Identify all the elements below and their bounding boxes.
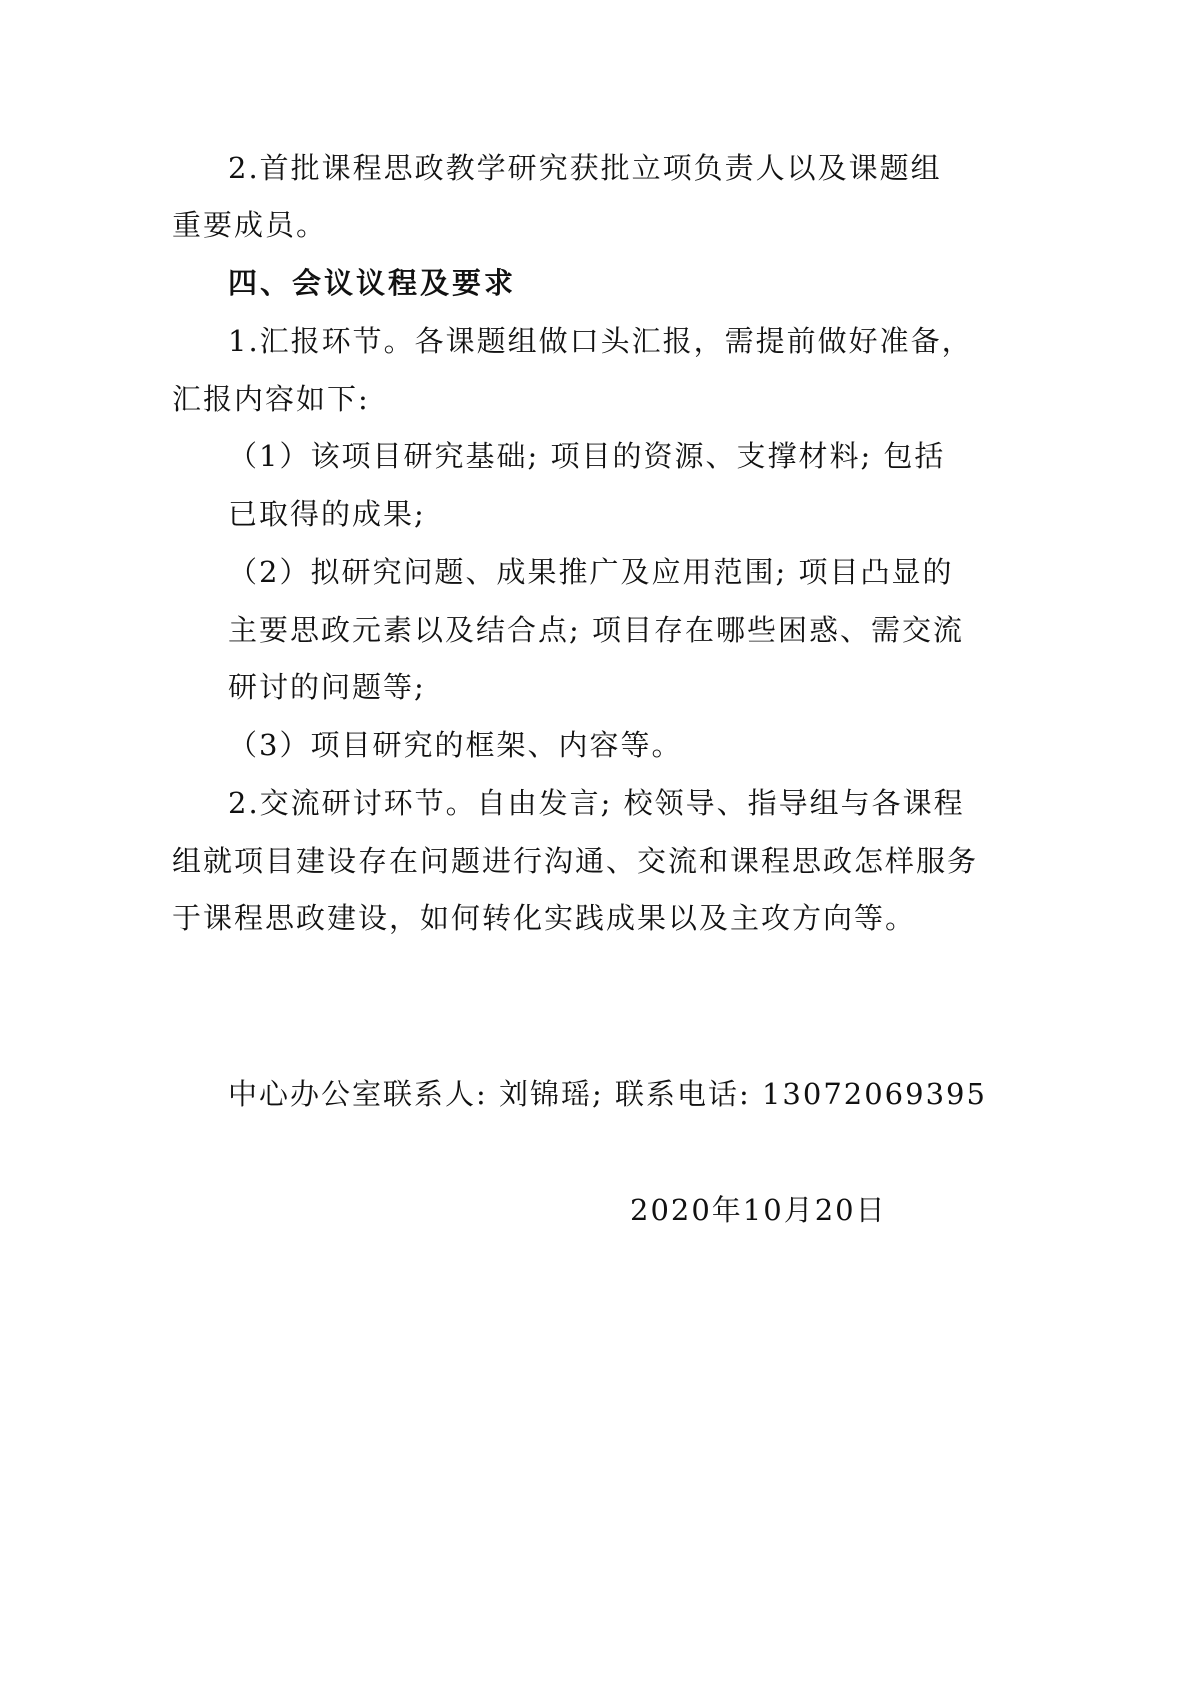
document-date: 2020年10月20日	[630, 1192, 887, 1228]
agenda1-line1: 1.汇报环节。各课题组做口头汇报，需提前做好准备，	[228, 323, 973, 359]
sub2-line1: （2）拟研究问题、成果推广及应用范围; 项目凸显的	[228, 554, 953, 590]
sub1-line1: （1）该项目研究基础; 项目的资源、支撑材料; 包括	[228, 438, 945, 474]
contact-info: 中心办公室联系人: 刘锦瑶; 联系电话: 13072069395	[228, 1076, 987, 1112]
agenda2-line1: 2.交流研讨环节。自由发言; 校领导、指导组与各课程	[228, 785, 965, 821]
item2-line1: 2.首批课程思政教学研究获批立项负责人以及课题组	[228, 150, 942, 186]
agenda2-line3: 于课程思政建设，如何转化实践成果以及主攻方向等。	[172, 900, 916, 936]
item2-line2: 重要成员。	[172, 207, 327, 243]
sub2-line3: 研讨的问题等;	[228, 669, 426, 705]
sub1-line2: 已取得的成果;	[228, 496, 426, 532]
agenda2-line2: 组就项目建设存在问题进行沟通、交流和课程思政怎样服务	[172, 843, 978, 879]
section4-heading: 四、会议议程及要求	[228, 265, 516, 301]
sub3-line1: （3）项目研究的框架、内容等。	[228, 727, 682, 763]
sub2-line2: 主要思政元素以及结合点; 项目存在哪些困惑、需交流	[228, 612, 964, 648]
document-page: 2.首批课程思政教学研究获批立项负责人以及课题组 重要成员。 四、会议议程及要求…	[0, 0, 1191, 1684]
agenda1-line2: 汇报内容如下:	[172, 381, 370, 417]
